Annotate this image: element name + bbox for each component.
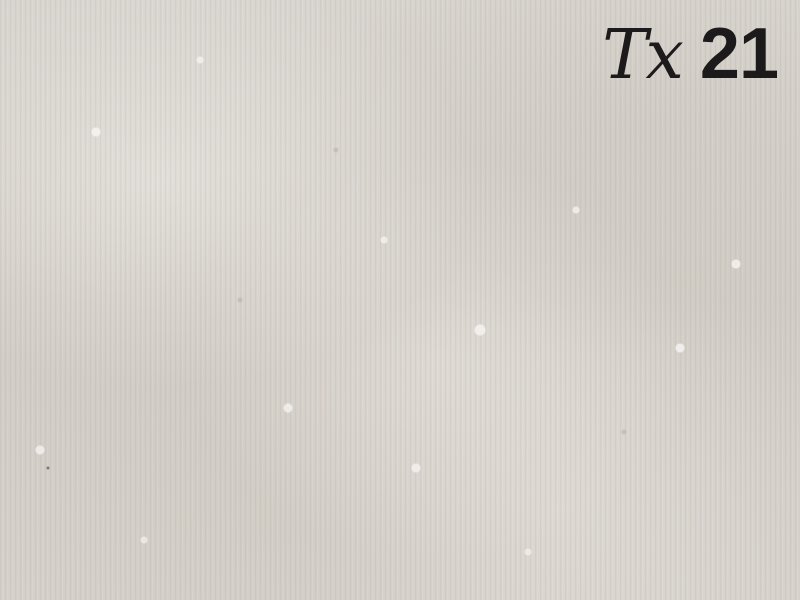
texture-swatch: Tx 21: [0, 0, 800, 600]
texture-code-number: 21: [700, 18, 778, 90]
texture-code-prefix: Tx: [602, 22, 682, 90]
texture-code-label: Tx 21: [602, 18, 778, 90]
